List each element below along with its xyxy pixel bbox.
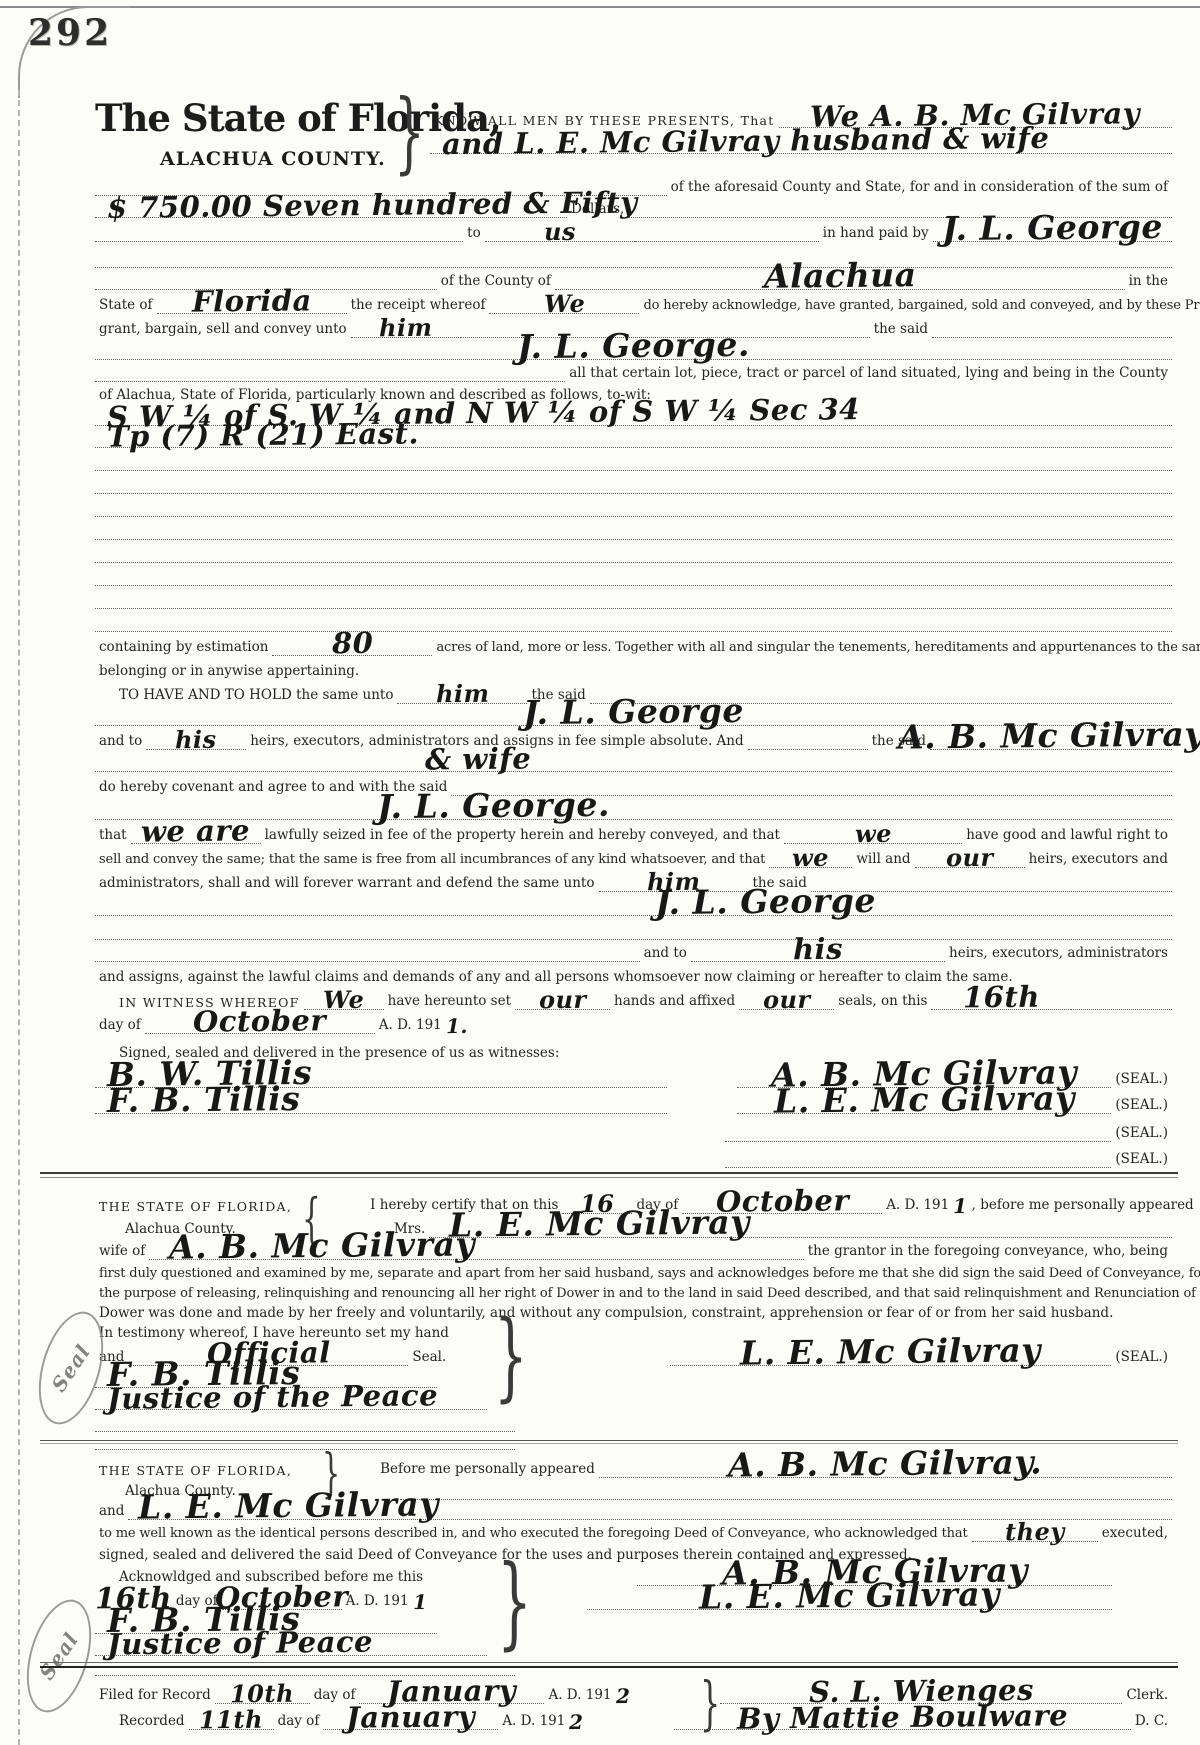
seal-text: Seal — [47, 1340, 96, 1396]
notary-seal-stamp: Seal — [15, 1592, 103, 1719]
handwritten-month: January — [346, 1707, 475, 1730]
witness-signature: F. B. Tillis — [107, 1087, 300, 1114]
handwritten-grantors: and L. E. Mc Gilvray husband & wife — [442, 128, 1050, 156]
handwritten-month: October — [193, 1011, 326, 1034]
signature-line: (SEAL.) — [95, 1138, 1172, 1168]
handwritten-year: 2 — [569, 1715, 584, 1730]
scan-edge-left — [18, 90, 20, 1745]
printed-text: day of — [274, 1714, 324, 1730]
deed-record-page: 292 The State of Florida, ALACHUA COUNTY… — [0, 0, 1200, 1745]
grantor-signature: L. E. Mc Gilvray — [774, 1087, 1075, 1115]
header-brace: } — [394, 88, 425, 176]
dotted-rule — [95, 1646, 1172, 1676]
section-divider — [40, 1662, 1178, 1668]
printed-text: A. D. 191 — [498, 1714, 569, 1730]
form-line: and L. E. Mc Gilvray husband & wife — [430, 126, 1172, 154]
section-divider — [40, 1172, 1178, 1178]
seal-label: (SEAL.) — [1111, 1152, 1172, 1168]
seal-text: Seal — [35, 1628, 84, 1684]
page-number: 292 — [28, 12, 112, 54]
deputy-signature: By Mattie Boulware — [737, 1706, 1068, 1731]
signature-line: F. B. Tillis L. E. Mc Gilvray (SEAL.) — [95, 1084, 1172, 1114]
form-line: day of October A. D. 191 1. — [95, 1004, 1172, 1034]
scan-edge-top — [0, 6, 1200, 8]
printed-text: Recorded — [95, 1714, 189, 1730]
form-line: Recorded 11th day of January A. D. 191 2… — [95, 1700, 1172, 1730]
handwritten-day: 11th — [199, 1711, 263, 1730]
deputy-label: D. C. — [1131, 1714, 1172, 1730]
